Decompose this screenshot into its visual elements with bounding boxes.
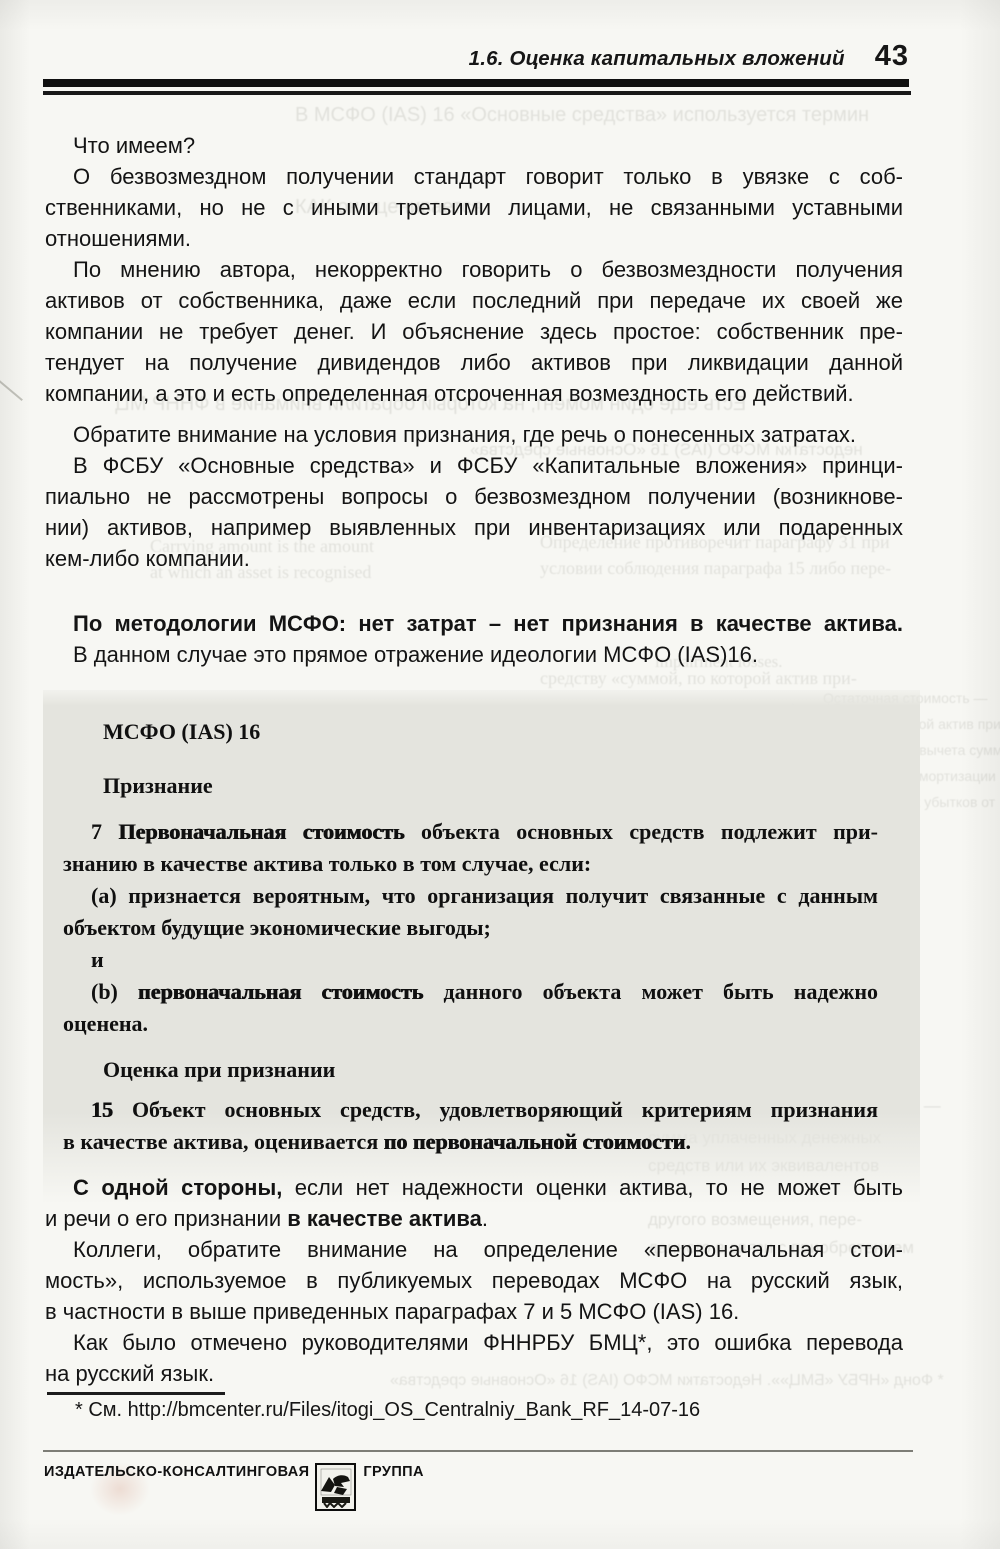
footer-rule [43,1450,913,1452]
text-segment: активов от собственника, даже если после… [45,288,903,313]
text-segment: Что имеем? [73,133,195,158]
text-segment: мость», используемое в публикуемых перев… [45,1268,903,1293]
body-text-bottom: С одной стороны, если нет надежности оце… [45,1172,903,1389]
text-line: компании, а это и есть определенная отср… [45,378,903,409]
quote-para-a: (а) признается вероятным, что организаци… [63,880,878,944]
para-fsbu: В ФСБУ «Основные средства» и ФСБУ «Капит… [45,450,903,574]
quote-para-7: 7 Первоначальная стоимость объекта основ… [63,816,878,880]
ghost-text: средству «суммой, по которой актив при- [540,668,857,689]
text-line: О безвозмездном получении стандарт говор… [45,161,903,192]
text-segment: оценена. [63,1011,148,1036]
text-line: По методологии МСФО: нет затрат – нет пр… [45,608,903,639]
text-line: мость», используемое в публикуемых перев… [45,1265,903,1296]
text-segment: О безвозмездном получении стандарт говор… [73,164,903,189]
text-segment: МСФО (IAS) 16 [103,719,260,744]
para-gratuitous-receipt: О безвозмездном получении стандарт говор… [45,161,903,254]
text-segment: компании, а это и есть определенная отср… [45,381,854,406]
publisher-label-left: ИЗДАТЕЛЬСКО-КОНСАЛТИНГОВАЯ [44,1464,309,1480]
text-line: В ФСБУ «Основные средства» и ФСБУ «Капит… [45,450,903,481]
text-line: активов от собственника, даже если после… [45,285,903,316]
body-text-top: Что имеем?О безвозмездном получении стан… [45,130,903,670]
text-line: в частности в выше приведенных параграфа… [45,1296,903,1327]
publisher-label-right: ГРУППА [363,1464,423,1480]
text-segment: объектом будущие экономические выгоды; [63,915,491,940]
text-segment: Оценка при признании [103,1057,335,1082]
text-segment: С одной стороны, [73,1175,295,1200]
text-line: По мнению автора, некорректно говорить о… [45,254,903,285]
text-line: Коллеги, обратите внимание на определени… [45,1234,903,1265]
text-segment: В данном случае это прямое отражение иде… [73,642,758,667]
text-segment: (а) признается вероятным, что организаци… [91,883,878,908]
page-number: 43 [875,40,909,73]
text-line: оценена. [63,1008,878,1040]
text-line: на русский язык. [45,1358,903,1389]
text-segment: 15 [91,1097,132,1122]
text-segment: и речи о его признании [45,1206,287,1231]
para-what-we-have: Что имеем? [45,130,903,161]
para-on-one-hand: С одной стороны, если нет надежности оце… [45,1172,903,1234]
text-segment: . [685,1129,691,1154]
quote-title: МСФО (IAS) 16 [103,716,878,748]
text-segment: Коллеги, обратите внимание на определени… [73,1237,903,1262]
text-segment: знанию в качестве актива только в том сл… [63,851,591,876]
scan-scratch-artifact [0,379,23,401]
text-segment: на русский язык. [45,1361,214,1386]
text-line: отношениями. [45,223,903,254]
text-segment: пиально не рассмотрены вопросы о безвозм… [45,484,903,509]
text-line: и [63,944,878,976]
publisher-logo [315,1463,356,1511]
text-line: и речи о его признании в качестве актива… [45,1203,903,1234]
text-segment: кем-либо компании. [45,546,250,571]
ghost-text: В МСФО (IAS) 16 «Основные средства» испо… [295,104,869,127]
footnote-text: * См. http://bmcenter.ru/Files/itogi_OS_… [75,1399,875,1422]
text-segment: (b) [91,979,138,1004]
para-note-conditions: Обратите внимание на условия признания, … [45,419,903,450]
text-line: тендует на получение дивидендов либо акт… [45,347,903,378]
text-line: 15 Объект основных средств, удовлетворяю… [63,1094,878,1126]
text-segment: и [91,947,104,972]
text-line: знанию в качестве актива только в том сл… [63,848,878,880]
text-segment: компании не требует денег. И объяснение … [45,319,903,344]
running-head: 1.6. Оценка капитальных вложений 43 [43,40,909,73]
text-line: в качестве актива, оценивается по первон… [63,1126,878,1158]
quote-measurement-heading: Оценка при признании [103,1054,878,1086]
text-line: Как было отмечено руководителями ФННРБУ … [45,1327,903,1358]
footnote-rule [47,1392,225,1395]
para-colleagues: Коллеги, обратите внимание на определени… [45,1234,903,1327]
text-line: В данном случае это прямое отражение иде… [45,639,903,670]
text-line: компании не требует денег. И объяснение … [45,316,903,347]
text-line: Признание [103,770,878,802]
text-segment: 7 [91,819,118,844]
text-line: Обратите внимание на условия признания, … [45,419,903,450]
text-segment: Первоначальная стоимость [118,819,421,844]
text-segment: если нет надежности оценки актива, то не… [295,1175,903,1200]
text-segment: объекта основных средств подлежит при- [421,819,878,844]
text-line: кем-либо компании. [45,543,903,574]
text-segment: ственниками, но не с иными третьими лица… [45,195,903,220]
header-rule-thick [43,79,909,87]
section-title: 1.6. Оценка капитальных вложений [469,47,845,71]
text-line: С одной стороны, если нет надежности оце… [45,1172,903,1203]
text-line: ственниками, но не с иными третьими лица… [45,192,903,223]
text-segment: в частности в выше приведенных параграфа… [45,1299,739,1324]
publisher-footer: ИЗДАТЕЛЬСКО-КОНСАЛТИНГОВАЯ ГРУППА [44,1461,424,1511]
text-segment: данного объекта может быть надежно [444,979,878,1004]
quote-para-15: 15 Объект основных средств, удовлетворяю… [63,1094,878,1158]
text-line: МСФО (IAS) 16 [103,716,878,748]
text-segment: нии) активов, например выявленных при ин… [45,515,903,540]
header-rule-thin [43,91,911,95]
text-segment: в качестве актива, оценивается [63,1129,384,1154]
quote-para-b: (b) первоначальная стоимость данного объ… [63,976,878,1040]
scanned-book-page: { "page": {"bg": "#f7f7f3", "ink": "#141… [0,0,1000,1549]
quote-recognition-heading: Признание [103,770,878,802]
text-segment: первоначальная стоимость [138,979,444,1004]
text-segment: Объект основных средств, удовлетворяющий… [132,1097,878,1122]
text-line: пиально не рассмотрены вопросы о безвозм… [45,481,903,512]
text-line: нии) активов, например выявленных при ин… [45,512,903,543]
text-line: (b) первоначальная стоимость данного объ… [63,976,878,1008]
text-segment: По мнению автора, некорректно говорить о… [73,257,903,282]
text-segment: Обратите внимание на условия признания, … [73,422,856,447]
text-segment: Признание [103,773,213,798]
text-segment: Как было отмечено руководителями ФННРБУ … [73,1330,903,1355]
text-segment: в качестве актива [287,1206,482,1231]
text-segment: по первоначальной стоимости [384,1129,686,1154]
para-ifrs-methodology: По методологии МСФО: нет затрат – нет пр… [45,608,903,670]
text-segment: отношениями. [45,226,191,251]
text-line: Оценка при признании [103,1054,878,1086]
para-author-opinion: По мнению автора, некорректно говорить о… [45,254,903,409]
text-segment: В ФСБУ «Основные средства» и ФСБУ «Капит… [73,453,903,478]
para-bmc-translation: Как было отмечено руководителями ФННРБУ … [45,1327,903,1389]
quote-and: и [63,944,878,976]
publisher-logo-art [319,1467,353,1508]
text-segment: По методологии МСФО: нет затрат – нет пр… [73,611,903,636]
text-segment: тендует на получение дивидендов либо акт… [45,350,903,375]
text-line: объектом будущие экономические выгоды; [63,912,878,944]
text-line: (а) признается вероятным, что организаци… [63,880,878,912]
text-segment: . [482,1206,488,1231]
text-line: Что имеем? [45,130,903,161]
ias16-quote-block: МСФО (IAS) 16Признание7 Первоначальная с… [43,690,920,1204]
text-line: 7 Первоначальная стоимость объекта основ… [63,816,878,848]
